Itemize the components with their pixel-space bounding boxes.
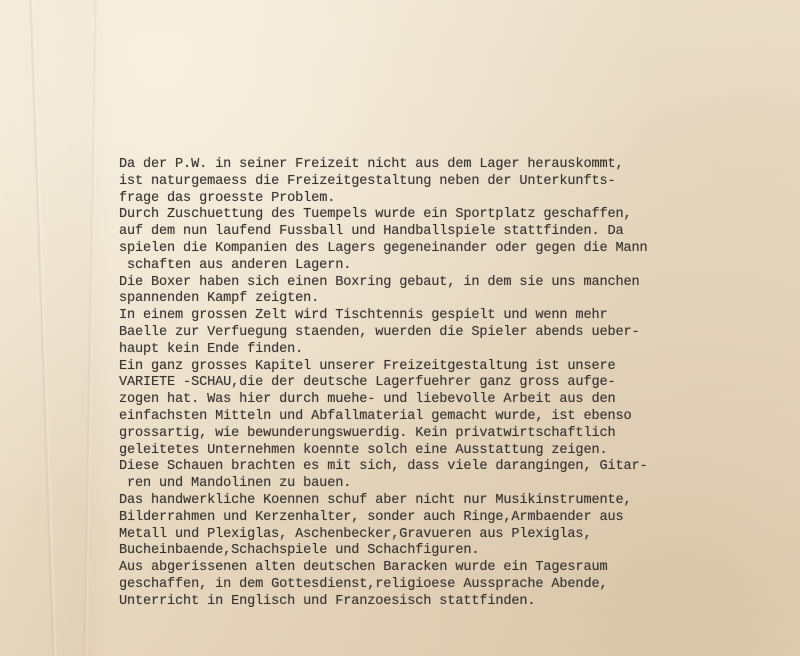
text-line: Die Boxer haben sich einen Boxring gebau…	[119, 275, 739, 292]
text-line: schaften aus anderen Lagern.	[119, 258, 739, 275]
text-line: grossartig, wie bewunderungswuerdig. Kei…	[119, 426, 739, 443]
text-line: geschaffen, in dem Gottesdienst,religioe…	[119, 577, 739, 594]
text-line: Bilderrahmen und Kerzenhalter, sonder au…	[119, 510, 739, 527]
typewritten-text-block: Da der P.W. in seiner Freizeit nicht aus…	[119, 157, 739, 611]
text-line: zogen hat. Was hier durch muehe- und lie…	[119, 392, 739, 409]
text-line: frage das groesste Problem.	[119, 191, 739, 208]
text-line: Aus abgerissenen alten deutschen Baracke…	[119, 560, 739, 577]
text-line: Da der P.W. in seiner Freizeit nicht aus…	[119, 157, 739, 174]
paper-fold	[82, 0, 99, 656]
paper-fold	[29, 0, 58, 656]
text-line: Metall und Plexiglas, Aschenbecker,Gravu…	[119, 527, 739, 544]
text-line: Diese Schauen brachten es mit sich, dass…	[119, 459, 739, 476]
text-line: Ein ganz grosses Kapitel unserer Freizei…	[119, 359, 739, 376]
text-line: Unterricht in Englisch und Franzoesisch …	[119, 594, 739, 611]
text-line: spannenden Kampf zeigten.	[119, 291, 739, 308]
text-line: geleitetes Unternehmen koennte solch ein…	[119, 443, 739, 460]
text-line: Baelle zur Verfuegung staenden, wuerden …	[119, 325, 739, 342]
text-line: spielen die Kompanien des Lagers gegenei…	[119, 241, 739, 258]
text-line: ist naturgemaess die Freizeitgestaltung …	[119, 174, 739, 191]
text-line: einfachsten Mitteln und Abfallmaterial g…	[119, 409, 739, 426]
text-line: ren und Mandolinen zu bauen.	[119, 476, 739, 493]
text-line: In einem grossen Zelt wird Tischtennis g…	[119, 308, 739, 325]
text-line: VARIETE -SCHAU,die der deutsche Lagerfue…	[119, 375, 739, 392]
text-line: Bucheinbaende,Schachspiele und Schachfig…	[119, 543, 739, 560]
text-line: Das handwerkliche Koennen schuf aber nic…	[119, 493, 739, 510]
typewritten-page: Da der P.W. in seiner Freizeit nicht aus…	[0, 0, 800, 656]
text-line: Durch Zuschuettung des Tuempels wurde ei…	[119, 207, 739, 224]
text-line: auf dem nun laufend Fussball und Handbal…	[119, 224, 739, 241]
text-line: haupt kein Ende finden.	[119, 342, 739, 359]
